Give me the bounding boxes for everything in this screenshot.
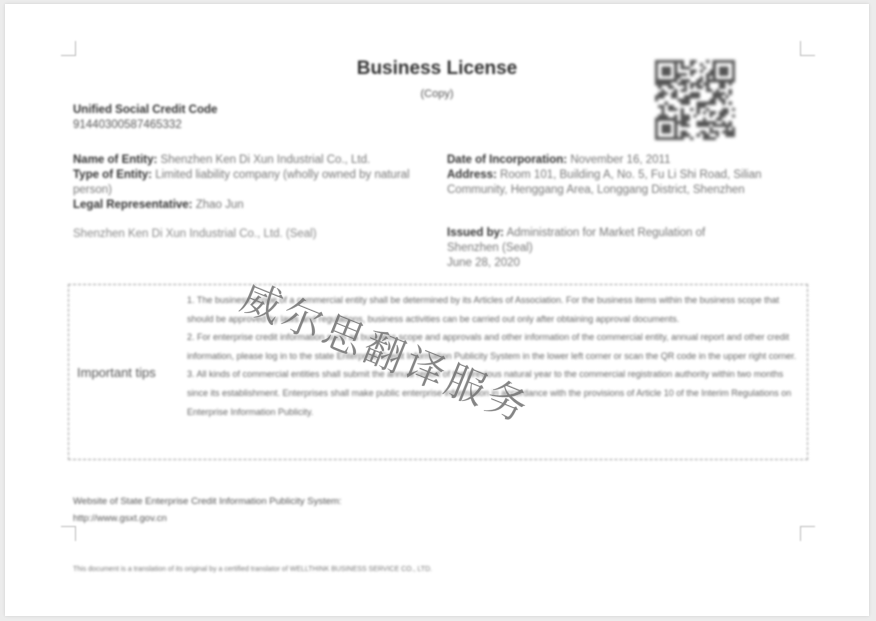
document-page: Business License (Copy) Unified Social C…: [5, 4, 869, 616]
credit-code-value: 91440300587465332: [73, 118, 333, 133]
issued-block: Issued by: Administration for Market Reg…: [447, 226, 747, 271]
document-title: Business License: [5, 58, 869, 80]
translation-footer: This document is a translation of its or…: [73, 562, 553, 577]
credit-code-block: Unified Social Credit Code 9144030058746…: [73, 103, 333, 133]
incorporation-date-value: November 16, 2011: [567, 154, 670, 166]
entity-block: Name of Entity: Shenzhen Ken Di Xun Indu…: [73, 153, 418, 213]
incorporation-block: Date of Incorporation: November 16, 2011…: [447, 153, 807, 198]
important-tips-label: Important tips: [77, 365, 156, 380]
address-label: Address:: [447, 169, 497, 181]
qr-code-icon: [655, 60, 735, 140]
website-label: Website of State Enterprise Credit Infor…: [73, 493, 393, 510]
entity-name-value: Shenzhen Ken Di Xun Industrial Co., Ltd.: [157, 154, 370, 166]
incorporation-date-label: Date of Incorporation:: [447, 154, 567, 166]
crop-mark-top-left: [61, 41, 76, 56]
document-subtitle: (Copy): [5, 88, 869, 100]
issued-by-label: Issued by:: [447, 227, 504, 239]
legal-rep-value: Zhao Jun: [193, 199, 244, 211]
issued-date: June 28, 2020: [447, 256, 747, 271]
entity-type-label: Type of Entity:: [73, 169, 152, 181]
crop-mark-bottom-left: [61, 526, 76, 541]
crop-mark-bottom-right: [800, 526, 815, 541]
website-block: Website of State Enterprise Credit Infor…: [73, 493, 393, 527]
website-url[interactable]: http://www.gsxt.gov.cn: [73, 510, 393, 527]
entity-seal: Shenzhen Ken Di Xun Industrial Co., Ltd.…: [73, 227, 373, 242]
credit-code-label: Unified Social Credit Code: [73, 103, 333, 118]
crop-mark-top-right: [800, 41, 815, 56]
legal-rep-label: Legal Representative:: [73, 199, 193, 211]
entity-name-label: Name of Entity:: [73, 154, 157, 166]
